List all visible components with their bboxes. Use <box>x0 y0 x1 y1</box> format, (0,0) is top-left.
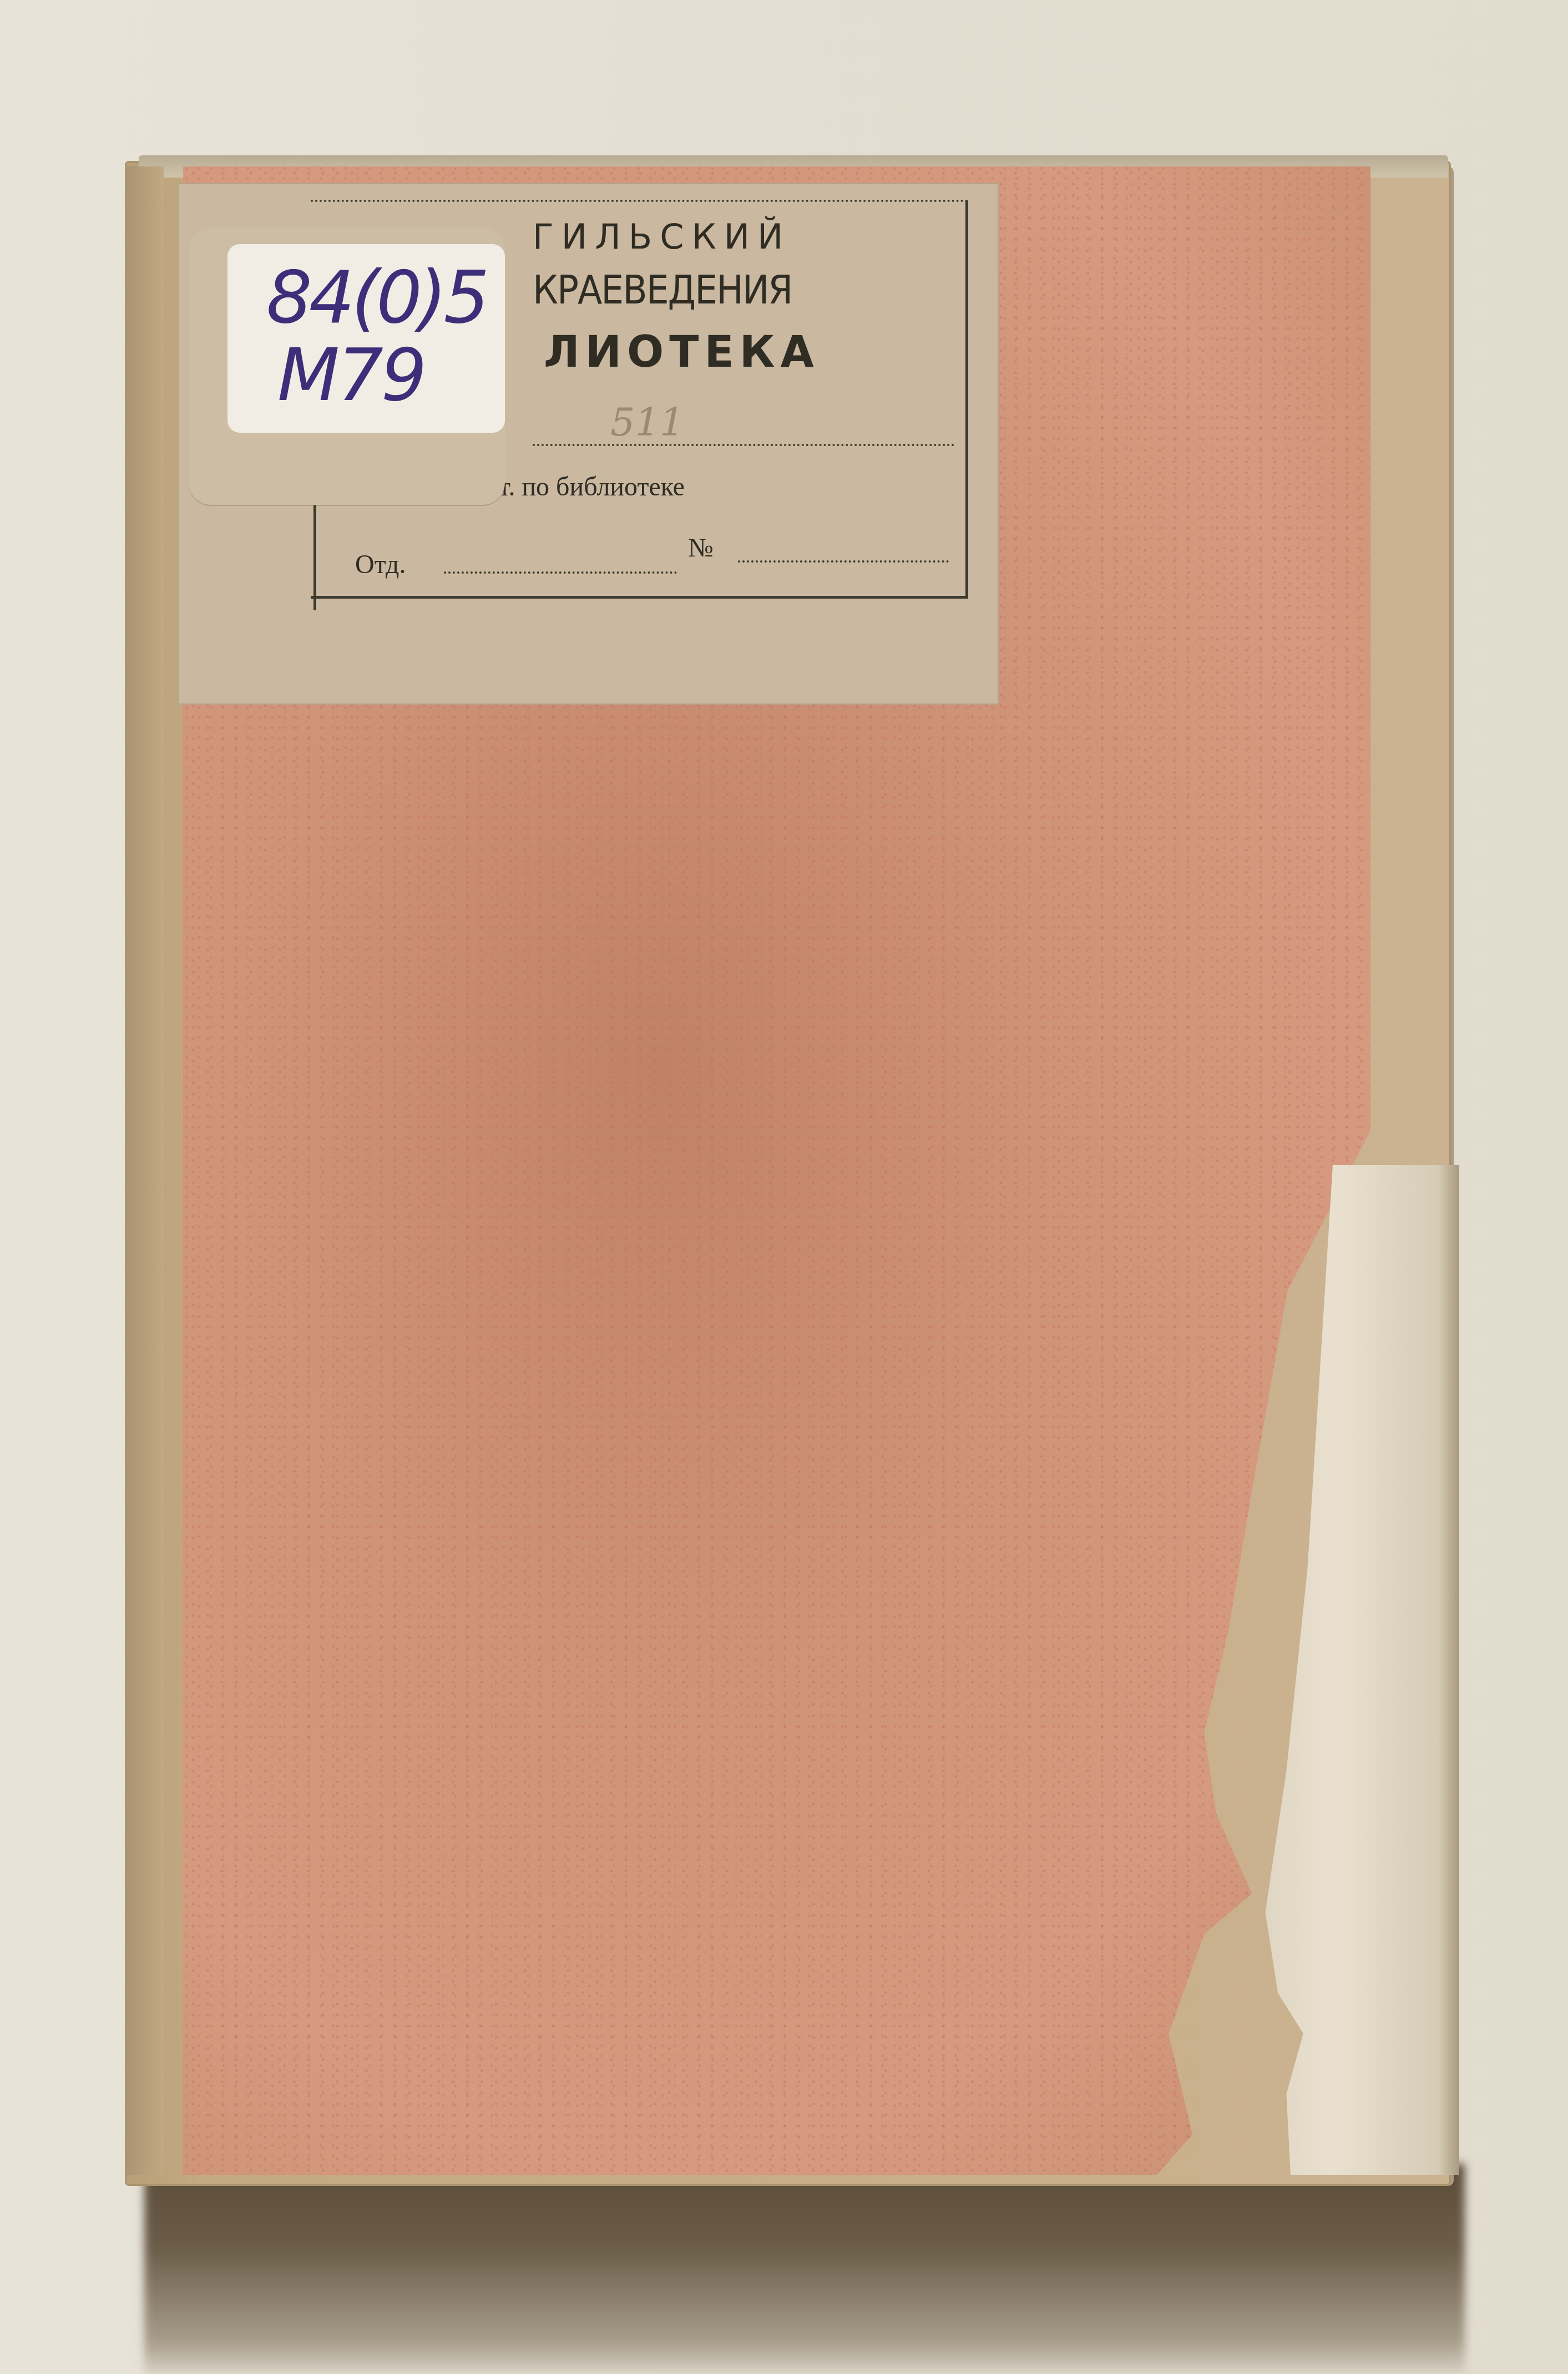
number-field-label: № <box>688 533 714 563</box>
call-number-sticker: 84(0)5 M79 <box>227 244 505 433</box>
label-line-2: КРАЕВЕДЕНИЯ <box>533 266 792 313</box>
label-line-3: ЛИОТЕКА <box>544 327 820 377</box>
call-number-line-2: M79 <box>277 333 425 417</box>
call-number-line-1: 84(0)5 <box>266 255 486 340</box>
library-label: ГИЛЬСКИЙ КРАЕВЕДЕНИЯ ЛИОТЕКА 511 Сист. п… <box>178 183 999 705</box>
book-spine-edge <box>125 166 164 2175</box>
dotted-line <box>533 444 954 446</box>
book-shadow <box>144 2164 1465 2374</box>
number-dotted-line <box>738 560 949 563</box>
pencil-mark: 511 <box>610 399 685 445</box>
department-dotted-line <box>444 571 677 574</box>
department-field-label: Отд. <box>355 549 406 580</box>
label-line-1: ГИЛЬСКИЙ <box>533 216 791 257</box>
